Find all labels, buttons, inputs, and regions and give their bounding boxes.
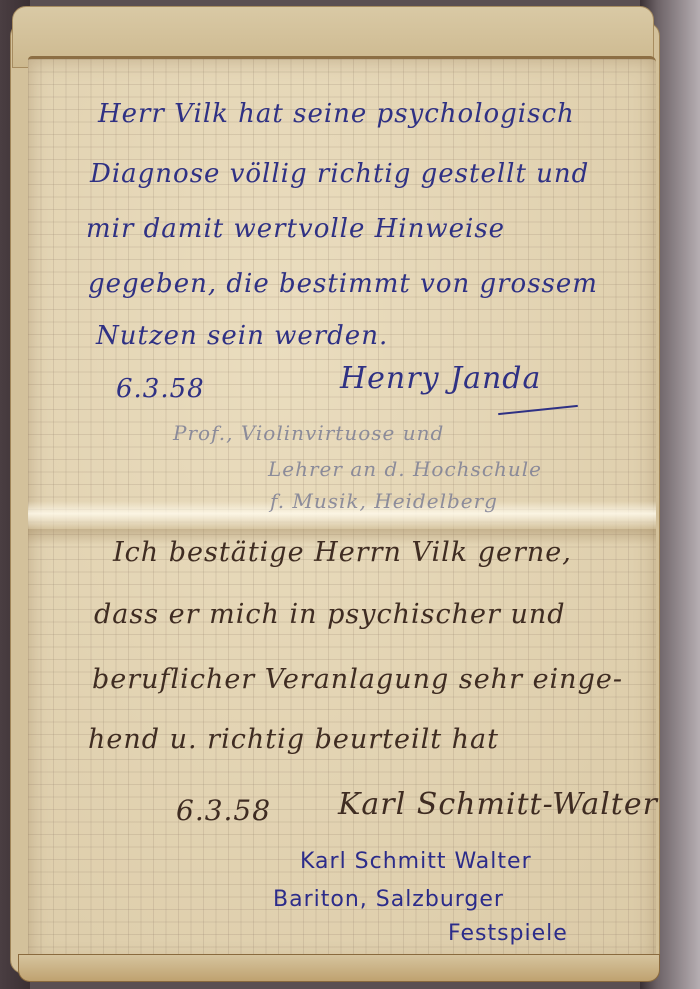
entry-1-annotation-line-1: Prof., Violinvirtuose und: [173, 421, 444, 445]
entry-2-line-2: dass er mich in psychischer und: [94, 599, 566, 630]
entry-2-annotation-line-1: Karl Schmitt Walter: [300, 849, 532, 874]
entry-2-annotation-line-3: Festspiele: [448, 921, 568, 946]
entry-1-annotation-line-3: f. Musik, Heidelberg: [270, 489, 498, 513]
entry-1-date: 6.3.58: [116, 374, 205, 404]
entry-1-line-3: mir damit wertvolle Hinweise: [86, 214, 505, 244]
entry-1-signature: Henry Janda: [340, 361, 541, 396]
entry-1-annotation-line-2: Lehrer an d. Hochschule: [268, 457, 542, 481]
entry-2-line-4: hend u. richtig beurteilt hat: [88, 724, 499, 755]
entry-2-line-1: Ich bestätige Herrn Vilk gerne,: [113, 537, 572, 568]
signature-flourish: [498, 405, 578, 415]
notebook-bottom-edge: [18, 954, 660, 982]
entry-1-line-4: gegeben, die bestimmt von grossem: [88, 269, 598, 299]
notebook-page: Herr Vilk hat seine psychologisch Diagno…: [28, 56, 656, 964]
entry-1-line-2: Diagnose völlig richtig gestellt und: [90, 159, 589, 189]
entry-2-date: 6.3.58: [176, 794, 271, 827]
entry-1-line-1: Herr Vilk hat seine psychologisch: [98, 99, 575, 129]
entry-1-line-5: Nutzen sein werden.: [96, 321, 388, 351]
notebook: Herr Vilk hat seine psychologisch Diagno…: [8, 4, 660, 984]
entry-2-signature: Karl Schmitt-Walter: [338, 787, 658, 822]
entry-2-line-3: beruflicher Veranlagung sehr einge-: [92, 664, 623, 695]
entry-2-annotation-line-2: Bariton, Salzburger: [273, 887, 504, 912]
